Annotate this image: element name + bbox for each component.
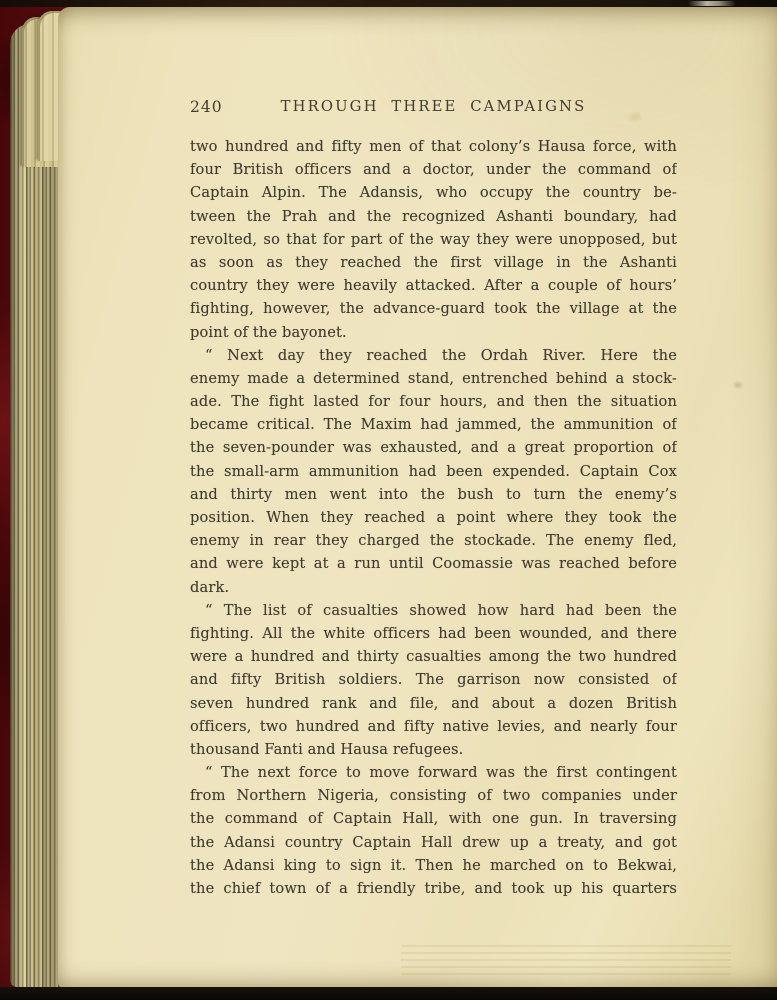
text-line: the small-arm ammunition had been expend… — [190, 460, 677, 483]
text-line: “ The next force to move forward was the… — [190, 761, 677, 784]
text-line: four British officers and a doctor, unde… — [190, 158, 677, 181]
text-line: the Adansi king to sign it. Then he marc… — [190, 854, 677, 877]
text-line: the Adansi country Captain Hall drew up … — [190, 831, 677, 854]
text-line: ade. The fight lasted for four hours, an… — [190, 390, 677, 413]
page-stain — [730, 379, 746, 391]
scan-top-edge — [0, 0, 777, 7]
running-header: THROUGH THREE CAMPAIGNS — [190, 98, 677, 115]
text-line: from Northern Nigeria, consisting of two… — [190, 784, 677, 807]
scanned-book-page: 240 THROUGH THREE CAMPAIGNS two hundred … — [0, 0, 777, 1000]
scan-bottom-edge — [0, 987, 777, 1000]
paragraph: two hundred and fifty men of that colony… — [190, 135, 677, 344]
text-line: country they were heavily attacked. Afte… — [190, 274, 677, 297]
text-line: “ The list of casualties showed how hard… — [190, 599, 677, 622]
page-texture-streaks — [401, 945, 731, 975]
text-line: became critical. The Maxim had jammed, t… — [190, 413, 677, 436]
text-line: were a hundred and thirty casualties amo… — [190, 645, 677, 668]
text-line: fighting, however, the advance-guard too… — [190, 297, 677, 320]
text-line: and thirty men went into the bush to tur… — [190, 483, 677, 506]
text-line: revolted, so that for part of the way th… — [190, 228, 677, 251]
text-line: enemy in rear they charged the stockade.… — [190, 529, 677, 552]
text-line: the command of Captain Hall, with one gu… — [190, 807, 677, 830]
text-line: the seven-pounder was exhausted, and a g… — [190, 436, 677, 459]
text-line: and fifty British soldiers. The garrison… — [190, 668, 677, 691]
text-line: position. When they reached a point wher… — [190, 506, 677, 529]
scan-edge-glare — [688, 1, 736, 6]
text-line: enemy made a determined stand, entrenche… — [190, 367, 677, 390]
text-line: tween the Prah and the recognized Ashant… — [190, 205, 677, 228]
text-line: Captain Alpin. The Adansis, who occupy t… — [190, 181, 677, 204]
text-line: officers, two hundred and fifty native l… — [190, 715, 677, 738]
text-line: fighting. All the white officers had bee… — [190, 622, 677, 645]
book-page: 240 THROUGH THREE CAMPAIGNS two hundred … — [58, 7, 777, 987]
text-block: two hundred and fifty men of that colony… — [190, 135, 677, 900]
paragraph: “ Next day they reached the Ordah River.… — [190, 344, 677, 599]
paragraph: “ The next force to move forward was the… — [190, 761, 677, 900]
text-line: two hundred and fifty men of that colony… — [190, 135, 677, 158]
text-line: dark. — [190, 576, 677, 599]
text-line: thousand Fanti and Hausa refugees. — [190, 738, 677, 761]
text-line: “ Next day they reached the Ordah River.… — [190, 344, 677, 367]
text-line: the chief town of a friendly tribe, and … — [190, 877, 677, 900]
text-line: and were kept at a run until Coomassie w… — [190, 552, 677, 575]
paragraph: “ The list of casualties showed how hard… — [190, 599, 677, 761]
text-line: as soon as they reached the first villag… — [190, 251, 677, 274]
text-line: seven hundred rank and file, and about a… — [190, 692, 677, 715]
page-header: 240 THROUGH THREE CAMPAIGNS — [190, 98, 677, 118]
text-line: point of the bayonet. — [190, 321, 677, 344]
